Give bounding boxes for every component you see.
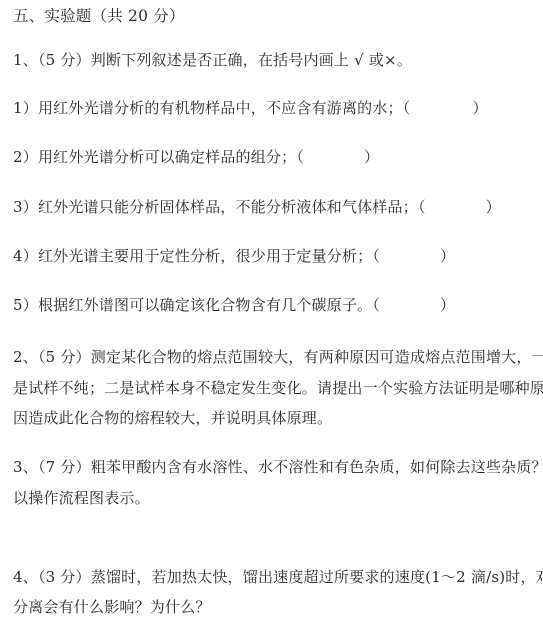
question-3-line-2: 以操作流程图表示。 [13, 488, 150, 508]
item-text: 5）根据红外谱图可以确定该化合物含有几个碳原子。（ [13, 296, 380, 314]
item-text: 4）红外光谱主要用于定性分析，很少用于定量分析；（ [13, 247, 380, 265]
item-text: 2）用红外光谱分析可以确定样品的组分；（ [13, 148, 304, 166]
close-bracket: ） [364, 148, 379, 166]
question-2-line-2: 是试样不纯；二是试样本身不稳定发生变化。请提出一个实验方法证明是哪种原 [13, 378, 543, 398]
question-2-line-3: 因造成此化合物的熔程较大，并说明具体原理。 [13, 408, 332, 428]
close-bracket: ） [486, 198, 501, 216]
question-4-line-1: 4、（3 分）蒸馏时，若加热太快，馏出速度超过所要求的速度(1～2 滴/s)时，… [13, 567, 543, 587]
question-1-item-2: 2）用红外光谱分析可以确定样品的组分；（） [13, 147, 379, 167]
item-text: 1）用红外光谱分析的有机物样品中，不应含有游离的水；（ [13, 99, 410, 117]
question-1-item-5: 5）根据红外谱图可以确定该化合物含有几个碳原子。（） [13, 295, 455, 315]
question-1-item-3: 3）红外光谱只能分析固体样品，不能分析液体和气体样品；（） [13, 197, 501, 217]
question-3-line-1: 3、（7 分）粗苯甲酸内含有水溶性、水不溶性和有色杂质，如何除去这些杂质？ [13, 457, 543, 477]
question-1-stem: 1、（5 分）判断下列叙述是否正确，在括号内画上 √ 或×。 [13, 50, 412, 70]
section-title: 五、实验题（共 20 分） [13, 6, 185, 26]
close-bracket: ） [440, 296, 455, 314]
question-2-line-1: 2、（5 分）测定某化合物的熔点范围较大，有两种原因可造成熔点范围增大，一 [13, 347, 543, 367]
question-4-line-2: 分离会有什么影响？为什么？ [13, 597, 211, 617]
close-bracket: ） [472, 99, 487, 117]
question-1-item-4: 4）红外光谱主要用于定性分析，很少用于定量分析；（） [13, 246, 455, 266]
item-text: 3）红外光谱只能分析固体样品，不能分析液体和气体样品；（ [13, 198, 426, 216]
close-bracket: ） [440, 247, 455, 265]
question-1-item-1: 1）用红外光谱分析的有机物样品中，不应含有游离的水；（） [13, 98, 488, 118]
